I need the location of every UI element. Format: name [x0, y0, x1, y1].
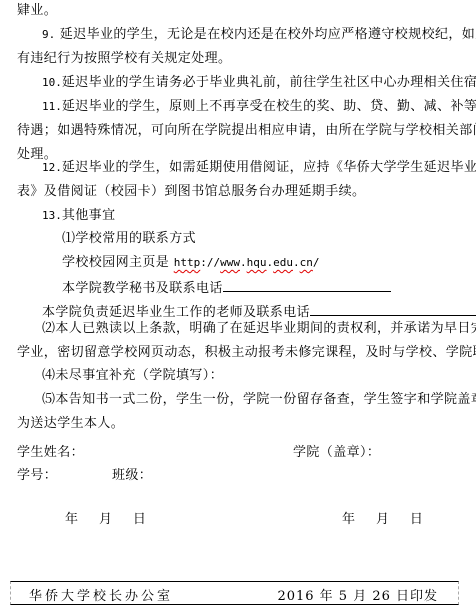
item-12-line-2: 表》及借阅证（校园卡）到图书馆总服务台办理延期手续。: [17, 184, 365, 200]
homepage-url[interactable]: http://www.hqu.edu.cn/: [174, 256, 320, 269]
url-part: ://: [200, 256, 220, 269]
subitem-2-line-2: 学业，密切留意学校网页动态，积极主动报考未修完课程，及时与学校、学院联系。: [17, 345, 476, 361]
college-seal-label: 学院（盖章）：: [293, 445, 380, 461]
item-12-line-1: 12.延迟毕业的学生，如需延期使用借阅证，应持《华侨大学学生延迟毕业审批: [42, 160, 476, 176]
subitem-1-title: ⑴学校常用的联系方式: [62, 231, 196, 247]
item-10-text: 延迟毕业的学生请务必于毕业典礼前，前往学生社区中心办理相关住宿手续。: [62, 75, 476, 90]
item-11-text: 延迟毕业的学生，原则上不再享受在校生的奖、助、贷、勤、减、补等有关: [62, 99, 476, 114]
item-13-number: 13.: [42, 209, 62, 222]
item-9-number: 9.: [42, 28, 55, 41]
item-12-text: 延迟毕业的学生，如需延期使用借阅证，应持《华侨大学学生延迟毕业审批: [62, 160, 476, 175]
footer-issuer: 华侨大学校长办公室: [29, 585, 173, 604]
teacher-line: 本学院负责延迟毕业生工作的老师及联系电话: [42, 302, 476, 318]
item-12-number: 12.: [42, 161, 62, 174]
student-name-label: 学生姓名：: [17, 445, 84, 461]
date-year: 年: [65, 512, 78, 528]
subitem-5-line-2: 为送达学生本人。: [17, 416, 124, 432]
item-9-text: 延迟毕业的学生，无论是在校内还是在校外均应严格遵守校规校纪，如发现: [60, 27, 476, 42]
item-11-line-2: 待遇；如遇特殊情况，可向所在学院提出相应申请，由所在学院与学校相关部门协商: [17, 123, 476, 139]
date-day: 日: [133, 512, 146, 528]
item-10-number: 10.: [42, 76, 62, 89]
item-13-title: 13.其他事宜: [42, 208, 115, 224]
teacher-phone-blank[interactable]: [310, 302, 476, 316]
class-label: 班级：: [112, 468, 152, 484]
student-id-label: 学号：: [17, 468, 57, 484]
url-part: .: [293, 256, 300, 269]
item-9-line-2: 有违纪行为按照学校有关规定处理。: [17, 51, 231, 67]
item-11-number: 11.: [42, 100, 62, 113]
paragraph-8-tail: 肄业。: [17, 3, 57, 19]
url-part: http: [174, 256, 201, 269]
secretary-label: 本学院教学秘书及联系电话: [62, 281, 223, 296]
item-11-line-1: 11.延迟毕业的学生，原则上不再享受在校生的奖、助、贷、勤、减、补等有关: [42, 99, 476, 115]
subitem-5-line-1: ⑸本告知书一式二份，学生一份，学院一份留存备查，学生签字和学院盖章即: [42, 392, 476, 408]
secretary-phone-blank[interactable]: [223, 278, 391, 292]
url-part: cn: [300, 256, 313, 269]
date-month: 月: [99, 512, 112, 528]
date-month: 月: [376, 512, 389, 528]
subitem-4-line-1: ⑷未尽事宜补充（学院填写）：: [42, 368, 223, 384]
item-13-text: 其他事宜: [62, 208, 116, 223]
url-part: .: [240, 256, 247, 269]
url-part: /: [313, 256, 320, 269]
college-date: 年 月 日: [342, 512, 423, 528]
footer-issue-date: 2016 年 5 月 26 日印发: [277, 585, 438, 604]
subitem-2-line-1: ⑵本人已熟读以上条款，明确了在延迟毕业期间的责权利，并承诺为早日完成: [42, 321, 476, 337]
teacher-label: 本学院负责延迟毕业生工作的老师及联系电话: [42, 305, 310, 320]
date-year: 年: [342, 512, 355, 528]
url-part: hqu: [247, 256, 267, 269]
homepage-line: 学校校园网主页是 http://www.hqu.edu.cn/: [62, 255, 320, 271]
item-9-line-1: 9. 延迟毕业的学生，无论是在校内还是在校外均应严格遵守校规校纪，如发现: [42, 27, 476, 43]
student-date: 年 月 日: [65, 512, 146, 528]
item-10-line-1: 10.延迟毕业的学生请务必于毕业典礼前，前往学生社区中心办理相关住宿手续。: [42, 75, 476, 91]
url-part: edu: [273, 256, 293, 269]
url-part: www: [220, 256, 240, 269]
homepage-label: 学校校园网主页是: [62, 255, 169, 270]
date-day: 日: [410, 512, 423, 528]
secretary-line: 本学院教学秘书及联系电话: [62, 278, 391, 294]
document-footer: 华侨大学校长办公室 2016 年 5 月 26 日印发: [10, 581, 459, 605]
